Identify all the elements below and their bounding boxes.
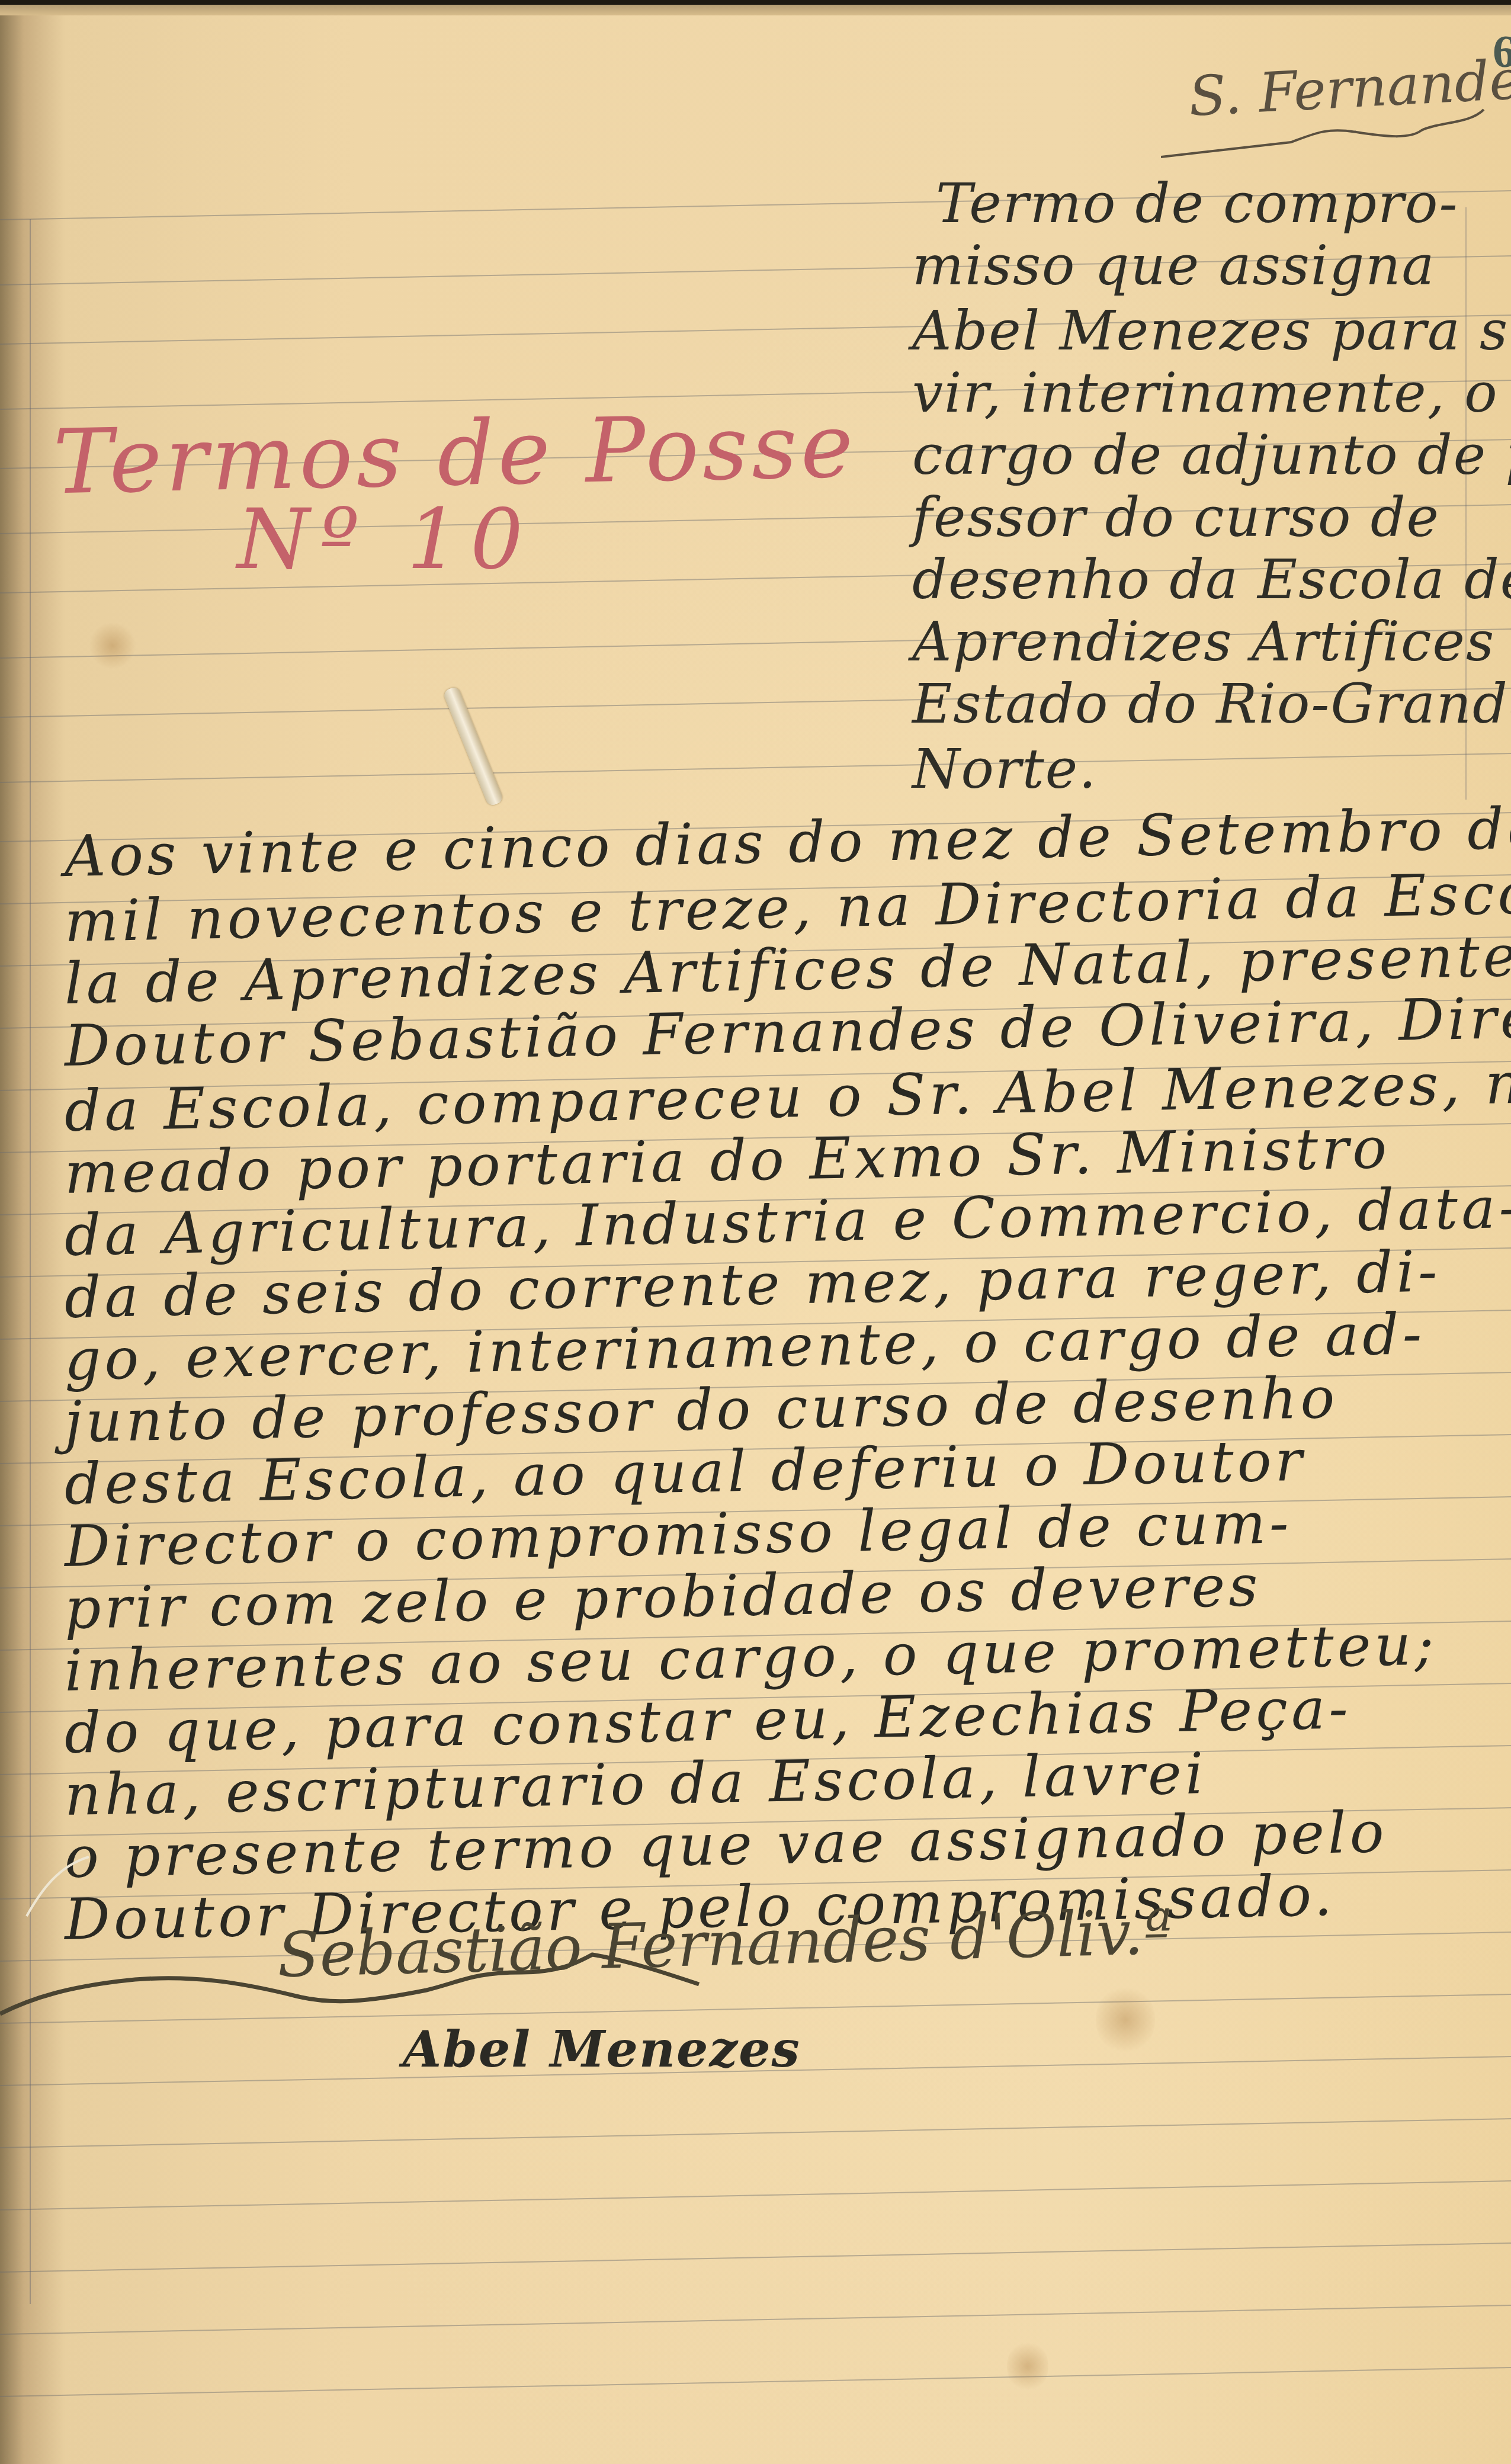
heading-line: fessor do curso de xyxy=(912,486,1440,549)
page-top-band xyxy=(0,5,1511,15)
page-top-edge xyxy=(0,0,1511,5)
paper-stain xyxy=(1007,2340,1048,2393)
thread-mark xyxy=(24,1854,95,1919)
heading-line: Aprendizes Artifices do xyxy=(912,610,1511,673)
heading-line: desenho da Escola de xyxy=(912,548,1511,611)
heading-line: misso que assigna xyxy=(912,234,1435,297)
heading-line: Abel Menezes para ser- xyxy=(912,299,1511,362)
heading-line: Termo de compro- xyxy=(936,172,1459,235)
heading-line: cargo de adjunto de pro- xyxy=(912,423,1511,487)
heading-line: vir, interinamente, o xyxy=(912,361,1499,425)
heading-line: Estado do Rio-Grande do xyxy=(912,672,1511,736)
paper-stain xyxy=(89,622,136,669)
appointee-signature: Abel Menezes xyxy=(403,2020,801,2078)
paper-scratch-mark xyxy=(442,685,505,807)
signature-flourish xyxy=(1161,98,1493,163)
document-page: 6 S. Fernandes Termos de Posse Nº 10 Ter… xyxy=(0,0,1511,2464)
margin-title-number: Nº 10 xyxy=(237,492,534,588)
heading-line: Norte. xyxy=(912,737,1098,801)
